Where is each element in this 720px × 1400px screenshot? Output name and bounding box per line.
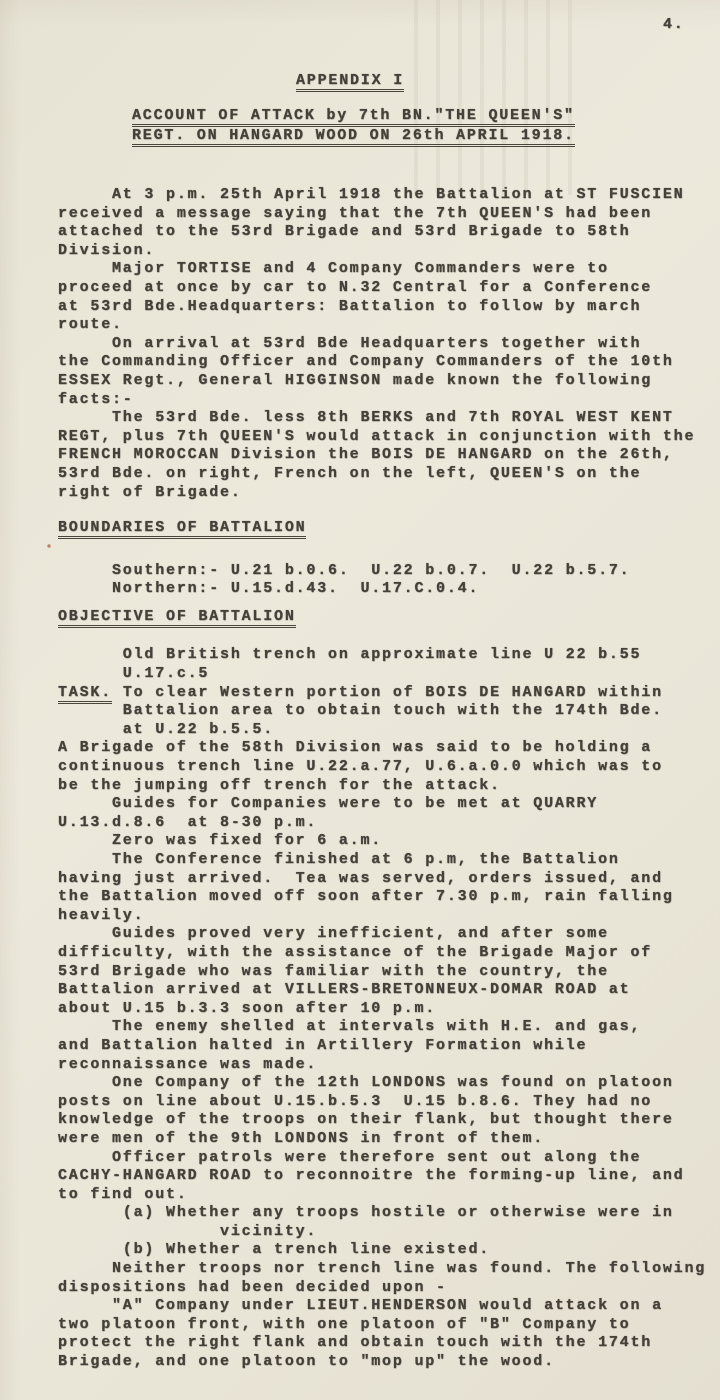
section-heading-objective: OBJECTIVE OF BATTALION [58, 608, 720, 627]
document-page: 4. APPENDIX I ACCOUNT OF ATTACK by 7th B… [0, 0, 720, 1400]
section-heading-boundaries: BOUNDARIES OF BATTALION [58, 519, 720, 538]
intro-paragraphs: At 3 p.m. 25th April 1918 the Battalion … [58, 186, 720, 502]
text-line: having just arrived. Tea was served, ord… [58, 870, 720, 889]
text-line: facts:- [58, 391, 720, 410]
text-line: The Conference finished at 6 p.m, the Ba… [58, 851, 720, 870]
text-line: "A" Company under LIEUT.HENDERSON would … [58, 1297, 720, 1316]
text-line: U.17.c.5 [58, 665, 720, 684]
task-line: TASK. To clear Western portion of BOIS D… [58, 684, 720, 703]
text-line: attached to the 53rd Brigade and 53rd Br… [58, 223, 720, 242]
spacer [58, 626, 720, 646]
narrative-paragraphs: Battalion area to obtain touch with the … [58, 702, 720, 1371]
text-line: route. [58, 316, 720, 335]
text-line: posts on line about U.15.b.5.3 U.15 b.8.… [58, 1093, 720, 1112]
text-line: proceed at once by car to N.32 Central f… [58, 279, 720, 298]
text-line: heavily. [58, 907, 720, 926]
text-line: vicinity. [58, 1223, 720, 1242]
text-line: at U.22 b.5.5. [58, 721, 720, 740]
text-line: be the jumping off trench for the attack… [58, 777, 720, 796]
text-line: Officer patrols were therefore sent out … [58, 1149, 720, 1168]
text-line: Zero was fixed for 6 a.m. [58, 832, 720, 851]
text-line: Guides for Companies were to be met at Q… [58, 795, 720, 814]
text-line: A Brigade of the 58th Division was said … [58, 739, 720, 758]
text-line: received a message saying that the 7th Q… [58, 205, 720, 224]
text-line: Brigade, and one platoon to "mop up" the… [58, 1353, 720, 1372]
spacer [58, 599, 720, 608]
text-line: to find out. [58, 1186, 720, 1205]
spacer [58, 538, 720, 562]
text-line: right of Brigade. [58, 484, 720, 503]
text-line: Guides proved very inefficient, and afte… [58, 925, 720, 944]
text-line: Battalion arrived at VILLERS-BRETONNEUX-… [58, 981, 720, 1000]
text-line: and Battalion halted in Artillery Format… [58, 1037, 720, 1056]
boundaries-lines: Southern:- U.21 b.0.6. U.22 b.0.7. U.22 … [58, 562, 720, 599]
text-line: U.13.d.8.6 at 8-30 p.m. [58, 814, 720, 833]
text-line: were men of the 9th LONDONS in front of … [58, 1130, 720, 1149]
task-text: To clear Western portion of BOIS DE HANG… [112, 684, 663, 701]
text-line: REGT, plus 7th QUEEN'S would attack in c… [58, 428, 720, 447]
spacer [58, 502, 720, 519]
text-line: Old British trench on approximate line U… [58, 646, 720, 665]
text-line: 53rd Brigade who was familiar with the c… [58, 963, 720, 982]
text-line: two platoon front, with one platoon of "… [58, 1316, 720, 1335]
text-line: Battalion area to obtain touch with the … [58, 702, 720, 721]
text-line: dispositions had been decided upon - [58, 1279, 720, 1298]
text-line: protect the right flank and obtain touch… [58, 1334, 720, 1353]
text-line: At 3 p.m. 25th April 1918 the Battalion … [58, 186, 720, 205]
text-line: CACHY-HANGARD ROAD to reconnoitre the fo… [58, 1167, 720, 1186]
text-line: The enemy shelled at intervals with H.E.… [58, 1018, 720, 1037]
text-line: 53rd Bde. on right, French on the left, … [58, 465, 720, 484]
text-line: reconnaissance was made. [58, 1056, 720, 1075]
text-line: Neither troops nor trench line was found… [58, 1260, 720, 1279]
text-line: On arrival at 53rd Bde Headquarters toge… [58, 335, 720, 354]
text-line: Northern:- U.15.d.43. U.17.C.0.4. [58, 580, 720, 599]
text-line: the Battalion moved off soon after 7.30 … [58, 888, 720, 907]
text-line: The 53rd Bde. less 8th BERKS and 7th ROY… [58, 409, 720, 428]
document-subtitle: ACCOUNT OF ATTACK by 7th BN."THE QUEEN'S… [132, 106, 575, 146]
text-line: knowledge of the troops on their flank, … [58, 1111, 720, 1130]
text-line: FRENCH MOROCCAN Division the BOIS DE HAN… [58, 446, 720, 465]
text-line: Major TORTISE and 4 Company Commanders w… [58, 260, 720, 279]
text-line: (b) Whether a trench line existed. [58, 1241, 720, 1260]
page-number: 4. [663, 16, 685, 33]
text-line: ESSEX Regt., General HIGGINSON made know… [58, 372, 720, 391]
subtitle-line-1: ACCOUNT OF ATTACK by 7th BN."THE QUEEN'S… [132, 106, 575, 126]
text-line: continuous trench line U.22.a.77, U.6.a.… [58, 758, 720, 777]
text-line: difficulty, with the assistance of the B… [58, 944, 720, 963]
text-line: about U.15 b.3.3 soon after 10 p.m. [58, 1000, 720, 1019]
task-label: TASK. [58, 684, 112, 704]
objective-lines: Old British trench on approximate line U… [58, 646, 720, 683]
text-line: the Commanding Officer and Company Comma… [58, 353, 720, 372]
text-line: at 53rd Bde.Headquarters: Battalion to f… [58, 298, 720, 317]
appendix-title-text: APPENDIX I [296, 72, 404, 92]
subtitle-line-2: REGT. ON HANGARD WOOD ON 26th APRIL 1918… [132, 126, 575, 146]
text-line: Southern:- U.21 b.0.6. U.22 b.0.7. U.22 … [58, 562, 720, 581]
appendix-title: APPENDIX I [296, 72, 404, 89]
document-body: At 3 p.m. 25th April 1918 the Battalion … [58, 186, 720, 1372]
text-line: One Company of the 12th LONDONS was foun… [58, 1074, 720, 1093]
text-line: Division. [58, 242, 720, 261]
text-line: (a) Whether any troops hostile or otherw… [58, 1204, 720, 1223]
